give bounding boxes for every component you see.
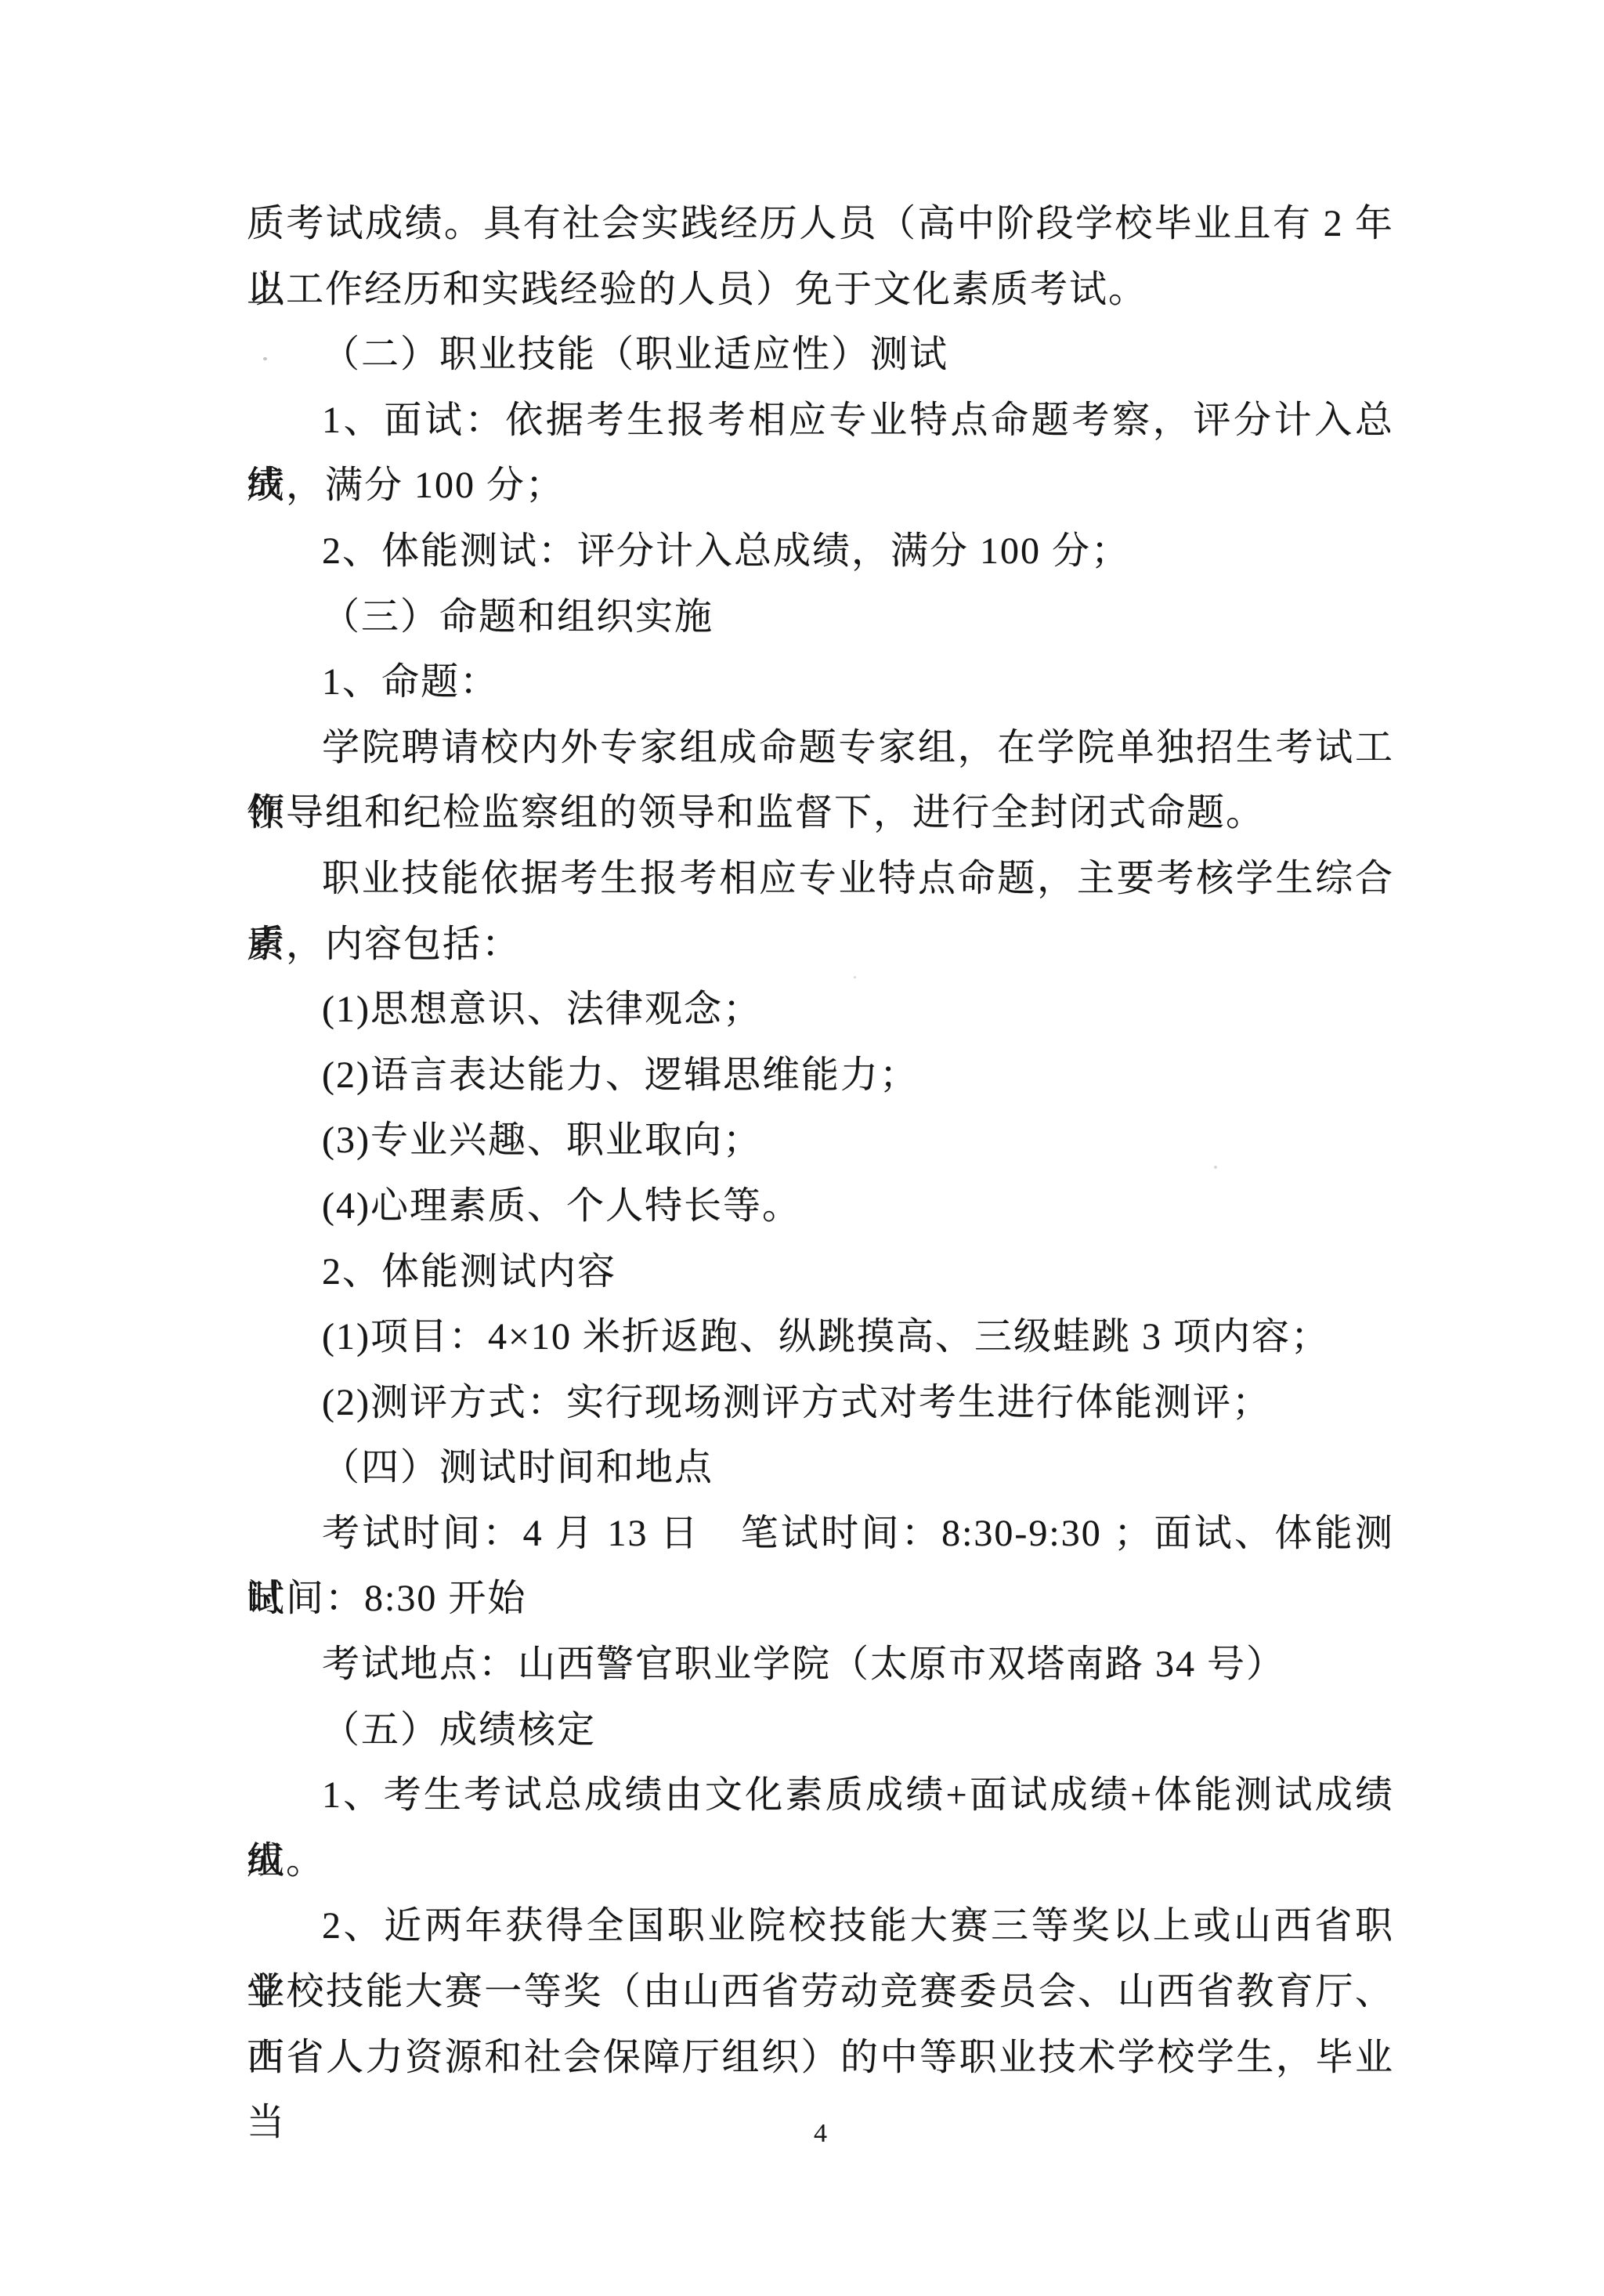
text-line: （二）职业技能（职业适应性）测试 (247, 322, 1394, 388)
text-line: 上工作经历和实践经验的人员）免于文化素质考试。 (247, 257, 1394, 323)
text-line: （三）命题和组织实施 (247, 584, 1394, 650)
scan-speck (854, 976, 856, 978)
text-line: 学院聘请校内外专家组成命题专家组，在学院单独招生考试工作 (247, 715, 1394, 781)
text-line: 职业技能依据考生报考相应专业特点命题，主要考核学生综合素 (247, 846, 1394, 912)
text-line: 1、面试：依据考生报考相应专业特点命题考察，评分计入总成 (247, 388, 1394, 454)
scan-speck (1214, 1166, 1217, 1169)
text-line: 领导组和纪检监察组的领导和监督下，进行全封闭式命题。 (247, 780, 1394, 846)
text-line: 学校技能大赛一等奖（由山西省劳动竞赛委员会、山西省教育厅、山 (247, 1959, 1394, 2025)
text-line: (4)心理素质、个人特长等。 (247, 1173, 1394, 1239)
page-number: 4 (247, 2117, 1394, 2151)
text-line: (2)测评方式：实行现场测评方式对考生进行体能测评； (247, 1370, 1394, 1436)
text-line: （五）成绩核定 (247, 1698, 1394, 1763)
text-line: 2、近两年获得全国职业院校技能大赛三等奖以上或山西省职业 (247, 1893, 1394, 1959)
text-line: 1、命题： (247, 649, 1394, 715)
text-line: 2、体能测试内容 (247, 1239, 1394, 1305)
text-column: 质考试成绩。具有社会实践经历人员（高中阶段学校毕业且有 2 年以上工作经历和实践… (247, 191, 1394, 2090)
scan-speck (263, 357, 267, 360)
text-line: (2)语言表达能力、逻辑思维能力； (247, 1043, 1394, 1108)
text-line: （四）测试时间和地点 (247, 1435, 1394, 1501)
text-line: 1、考生考试总成绩由文化素质成绩+面试成绩+体能测试成绩组 (247, 1763, 1394, 1828)
text-line: 质考试成绩。具有社会实践经历人员（高中阶段学校毕业且有 2 年以 (247, 191, 1394, 257)
text-line: 考试地点：山西警官职业学院（太原市双塔南路 34 号） (247, 1632, 1394, 1698)
text-line: 时间：8:30 开始 (247, 1566, 1394, 1632)
text-line: 绩，满分 100 分； (247, 453, 1394, 519)
document-page: 质考试成绩。具有社会实践经历人员（高中阶段学校毕业且有 2 年以上工作经历和实践… (0, 0, 1604, 2296)
text-line: 考试时间：4 月 13 日 笔试时间：8:30-9:30 ；面试、体能测试 (247, 1501, 1394, 1567)
text-line: (3)专业兴趣、职业取向； (247, 1108, 1394, 1173)
text-line: 2、体能测试：评分计入总成绩，满分 100 分； (247, 519, 1394, 584)
text-line: 质，内容包括： (247, 912, 1394, 978)
text-line: (1)项目：4×10 米折返跑、纵跳摸高、三级蛙跳 3 项内容； (247, 1304, 1394, 1370)
text-line: (1)思想意识、法律观念； (247, 977, 1394, 1043)
text-line: 成。 (247, 1828, 1394, 1894)
text-line: 西省人力资源和社会保障厅组织）的中等职业技术学校学生，毕业当 (247, 2025, 1394, 2091)
